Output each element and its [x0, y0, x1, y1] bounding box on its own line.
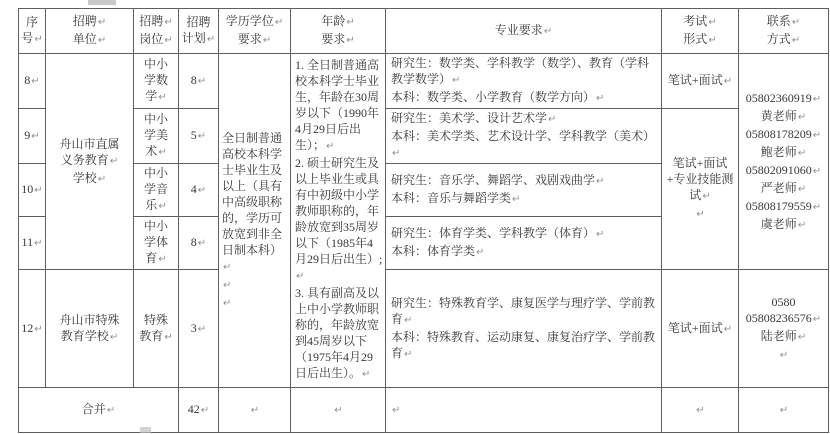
- paragraph-mark: ↵: [325, 141, 334, 152]
- paragraph-mark: ↵: [791, 35, 800, 46]
- header-exam: 考试↵形式↵: [662, 9, 739, 54]
- top-edge-artifact: [88, 0, 116, 5]
- cell-r9-major: 研究生：美术学、设计艺术学↵本科：美术学类、艺术设计学、学科教学（美术）↵: [386, 109, 662, 164]
- paragraph-mark: ↵: [723, 324, 732, 335]
- paragraph-mark: ↵: [163, 17, 172, 28]
- paragraph-mark: ↵: [97, 17, 106, 28]
- paragraph-mark: ↵: [797, 332, 806, 343]
- paragraph-mark: ↵: [197, 131, 206, 142]
- cell-total-exam: ↵: [662, 388, 739, 433]
- header-edu: 学历学位↵要求↵: [219, 9, 291, 54]
- bottom-edge-artifact: [140, 427, 151, 433]
- paragraph-mark: ↵: [511, 194, 520, 205]
- cell-age-merged: 1. 全日制普通高校本科学士毕业生，年龄在30周岁以下（1990年4月29日后出…: [291, 54, 386, 388]
- cell-r8-plan: 8↵: [179, 54, 219, 109]
- paragraph-mark: ↵: [812, 94, 821, 105]
- paragraph-mark: ↵: [595, 229, 604, 240]
- cell-r11-major: 研究生：体育学类、学科教学（体育）↵本科：体育学类↵: [386, 217, 662, 270]
- cell-total-major: ↵: [386, 388, 662, 433]
- cell-r8-serial: 8↵: [19, 54, 46, 109]
- cell-total-edu: ↵: [219, 388, 291, 433]
- table-row: 9↵ 中小学美术↵ 5↵ 研究生：美术学、设计艺术学↵本科：美术学类、艺术设计学…: [19, 109, 829, 164]
- paragraph-mark: ↵: [812, 202, 821, 213]
- paragraph-mark: ↵: [157, 147, 166, 158]
- paragraph-mark: ↵: [345, 35, 354, 46]
- cell-exam-skill: 笔试+面试+专业技能测试↵↵: [662, 109, 739, 270]
- paragraph-mark: ↵: [222, 298, 231, 309]
- cell-total-plan: 42↵: [179, 388, 219, 433]
- paragraph-mark: ↵: [345, 17, 354, 28]
- cell-total-label: 合并↵: [19, 388, 179, 433]
- paragraph-mark: ↵: [779, 350, 788, 361]
- table-row: 12↵ 舟山市特殊教育学校↵ 特殊教育↵ 3↵ 研究生：特殊教育学、康复医学与理…: [19, 270, 829, 388]
- paragraph-mark: ↵: [797, 148, 806, 159]
- paragraph-mark: ↵: [197, 76, 206, 87]
- paragraph-mark: ↵: [163, 332, 172, 343]
- paragraph-mark: ↵: [109, 156, 118, 167]
- cell-r8-exam: 笔试+面试↵: [662, 54, 739, 109]
- table-row: 8↵ 舟山市直属义务教育↵学校↵ 中小学数学↵ 8↵ 全日制普通高校本科学士毕业…: [19, 54, 829, 109]
- paragraph-mark: ↵: [30, 76, 39, 87]
- cell-unit-zhoushan: 舟山市直属义务教育↵学校↵: [46, 54, 134, 270]
- paragraph-mark: ↵: [797, 220, 806, 231]
- paragraph-mark: ↵: [222, 280, 231, 291]
- cell-unit-special: 舟山市特殊教育学校↵: [46, 270, 134, 388]
- paragraph-mark: ↵: [723, 76, 732, 87]
- total-row: 合并↵ 42↵ ↵ ↵ ↵ ↵ ↵: [19, 388, 829, 433]
- paragraph-mark: ↵: [797, 184, 806, 195]
- cell-r11-plan: 8↵: [179, 217, 219, 270]
- paragraph-mark: ↵: [33, 34, 42, 45]
- cell-r12-serial: 12↵: [19, 270, 46, 388]
- header-age: 年龄↵要求↵: [291, 9, 386, 54]
- header-major: 专业要求↵: [386, 9, 662, 54]
- paragraph-mark: ↵: [707, 17, 716, 28]
- paragraph-mark: ↵: [695, 209, 704, 220]
- paragraph-mark: ↵: [200, 405, 209, 416]
- paragraph-mark: ↵: [262, 35, 271, 46]
- paragraph-mark: ↵: [333, 405, 342, 416]
- cell-r11-post: 中小学体育↵: [134, 217, 179, 270]
- cell-r12-contact: 058005808236576↵陆老师↵↵: [739, 270, 829, 388]
- cell-r12-major: 研究生：特殊教育学、康复医学与理疗学、学前教育↵本科：特殊教育、运动康复、康复治…: [386, 270, 662, 388]
- cell-r12-exam: 笔试+面试↵: [662, 270, 739, 388]
- paragraph-mark: ↵: [695, 405, 704, 416]
- paragraph-mark: ↵: [33, 185, 42, 196]
- paragraph-mark: ↵: [475, 247, 484, 258]
- cell-r11-serial: 11↵: [19, 217, 46, 270]
- paragraph-mark: ↵: [97, 35, 106, 46]
- recruitment-table: 序号↵ 招聘↵单位↵ 招聘↵岗位↵ 招聘计划↵ 学历学位↵要求↵ 年龄↵要求↵ …: [18, 8, 829, 433]
- header-row: 序号↵ 招聘↵单位↵ 招聘↵岗位↵ 招聘计划↵ 学历学位↵要求↵ 年龄↵要求↵ …: [19, 9, 829, 54]
- cell-r9-plan: 5↵: [179, 109, 219, 164]
- cell-contact-merged: 05802360919↵黄老师↵05808178209↵鲍老师↵05802091…: [739, 54, 829, 270]
- paragraph-mark: ↵: [157, 92, 166, 103]
- paragraph-mark: ↵: [812, 130, 821, 141]
- paragraph-mark: ↵: [33, 324, 42, 335]
- paragraph-mark: ↵: [451, 75, 460, 86]
- paragraph-mark: ↵: [295, 271, 304, 282]
- header-post: 招聘↵岗位↵: [134, 9, 179, 54]
- paragraph-mark: ↵: [779, 405, 788, 416]
- paragraph-mark: ↵: [812, 166, 821, 177]
- header-plan: 招聘计划↵: [179, 9, 219, 54]
- cell-r10-post: 中小学音乐↵: [134, 164, 179, 217]
- header-serial: 序号↵: [19, 9, 46, 54]
- paragraph-mark: ↵: [206, 34, 215, 45]
- paragraph-mark: ↵: [274, 17, 283, 28]
- cell-edu-merged: 全日制普通高校本科学士毕业生及以上（具有中高级职称的，学历可放宽到非全日制本科）…: [219, 54, 291, 388]
- paragraph-mark: ↵: [197, 185, 206, 196]
- paragraph-mark: ↵: [403, 315, 412, 326]
- paragraph-mark: ↵: [707, 35, 716, 46]
- paragraph-mark: ↵: [197, 324, 206, 335]
- paragraph-mark: ↵: [595, 176, 604, 187]
- cell-r12-plan: 3↵: [179, 270, 219, 388]
- cell-r8-major: 研究生：数学类、学科教学（数学）、教育（学科教学数学）↵本科：数学类、小学教育（…: [386, 54, 662, 109]
- document-page: 序号↵ 招聘↵单位↵ 招聘↵岗位↵ 招聘计划↵ 学历学位↵要求↵ 年龄↵要求↵ …: [0, 0, 830, 434]
- paragraph-mark: ↵: [595, 93, 604, 104]
- paragraph-mark: ↵: [197, 238, 206, 249]
- paragraph-mark: ↵: [157, 201, 166, 212]
- header-unit: 招聘↵单位↵: [46, 9, 134, 54]
- paragraph-mark: ↵: [701, 191, 710, 202]
- paragraph-mark: ↵: [391, 405, 400, 416]
- paragraph-mark: ↵: [97, 174, 106, 185]
- cell-total-age: ↵: [291, 388, 386, 433]
- header-contact: 联系↵方式↵: [739, 9, 829, 54]
- paragraph-mark: ↵: [403, 349, 412, 360]
- paragraph-mark: ↵: [109, 332, 118, 343]
- cell-r9-post: 中小学美术↵: [134, 109, 179, 164]
- paragraph-mark: ↵: [791, 17, 800, 28]
- cell-r10-plan: 4↵: [179, 164, 219, 217]
- paragraph-mark: ↵: [812, 314, 821, 325]
- paragraph-mark: ↵: [547, 114, 556, 125]
- paragraph-mark: ↵: [33, 238, 42, 249]
- paragraph-mark: ↵: [361, 369, 370, 380]
- paragraph-mark: ↵: [163, 35, 172, 46]
- paragraph-mark: ↵: [391, 148, 400, 159]
- paragraph-mark: ↵: [106, 405, 115, 416]
- cell-r8-post: 中小学数学↵: [134, 54, 179, 109]
- paragraph-mark: ↵: [543, 26, 552, 37]
- cell-r10-major: 研究生：音乐学、舞蹈学、戏剧戏曲学↵本科：音乐与舞蹈学类↵: [386, 164, 662, 217]
- cell-r12-post: 特殊教育↵: [134, 270, 179, 388]
- paragraph-mark: ↵: [250, 405, 259, 416]
- cell-r10-serial: 10↵: [19, 164, 46, 217]
- cell-r9-serial: 9↵: [19, 109, 46, 164]
- cell-total-contact: ↵: [739, 388, 829, 433]
- paragraph-mark: ↵: [157, 254, 166, 265]
- paragraph-mark: ↵: [797, 112, 806, 123]
- paragraph-mark: ↵: [30, 131, 39, 142]
- paragraph-mark: ↵: [222, 262, 231, 273]
